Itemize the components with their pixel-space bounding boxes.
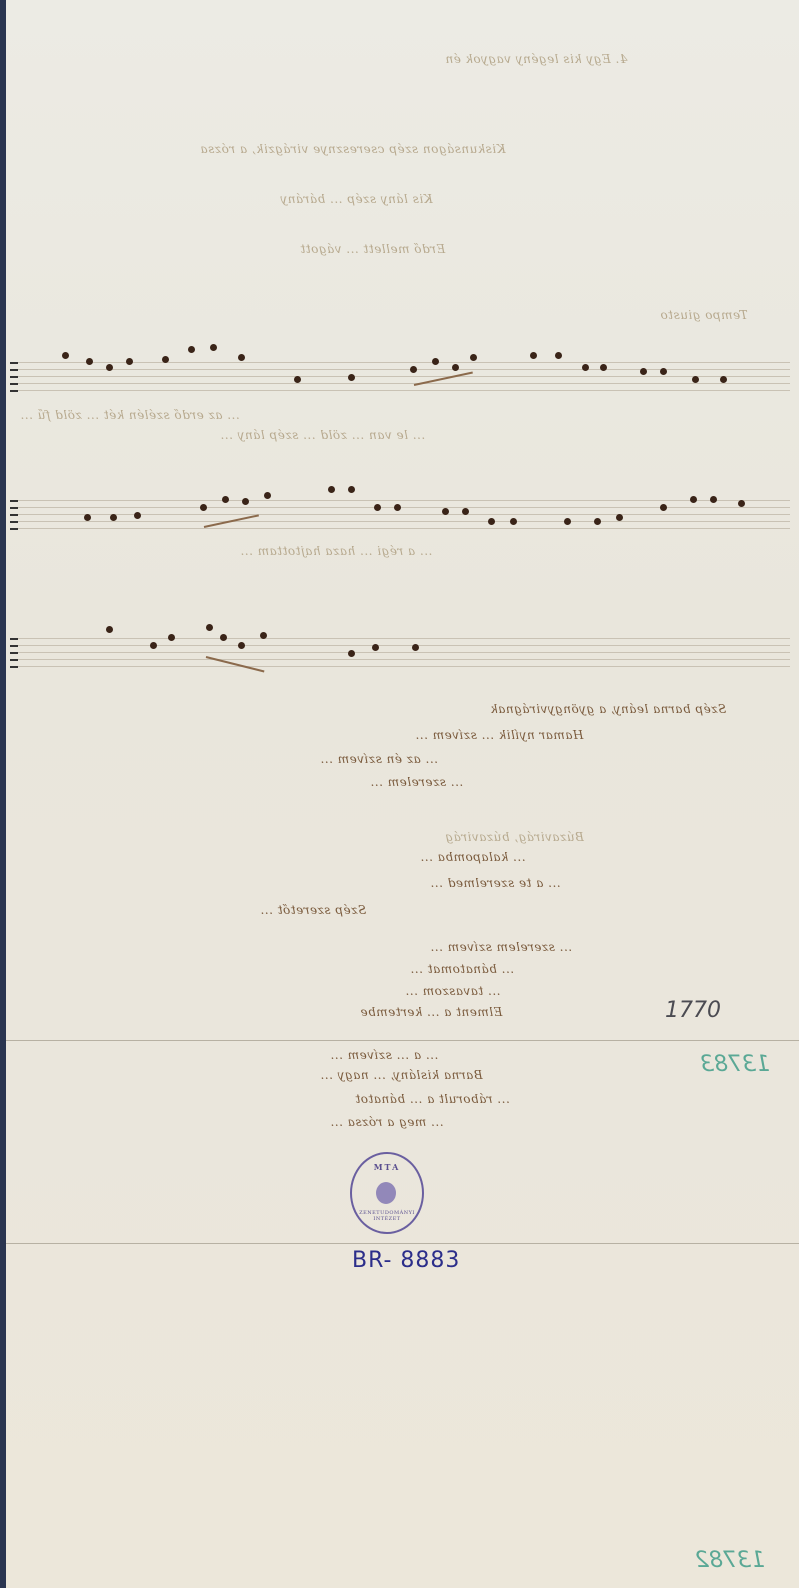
- faded-text-line: Kiskunságon szép cseresznye virágzik, a …: [200, 142, 506, 156]
- text-line: ... meg a rózsa ...: [330, 1115, 444, 1129]
- catalog-year: 1770: [665, 998, 721, 1023]
- institute-stamp: MTA ZENETUDOMÁNYI INTÉZET: [350, 1152, 424, 1234]
- text-line: ... szerelem szívem ...: [430, 940, 572, 954]
- shelfmark: BR- 8883: [352, 1248, 460, 1273]
- text-line: Szép barna leány, a gyöngyvirágnak: [490, 702, 726, 716]
- faded-text-line: ... az erdő szélén két ... zöld fű ...: [20, 408, 240, 422]
- text-line: Barna kislány, ... nagy ...: [320, 1068, 483, 1082]
- manuscript-page: [6, 0, 799, 1588]
- text-line: ... bánatomat ...: [410, 962, 514, 976]
- music-staff-2: [10, 500, 790, 534]
- fold-line: [6, 1243, 799, 1244]
- coat-of-arms-icon: [376, 1182, 396, 1204]
- faded-text-line: 4. Egy kis legény vagyok én: [445, 52, 627, 66]
- green-inventory-number-bottom: 13782: [695, 1548, 765, 1573]
- music-staff-3: [10, 638, 790, 672]
- faded-text-line: ... le van ... zöld ... szép lány ...: [220, 428, 425, 442]
- text-line: Hamar nyílik ... szívem ...: [415, 728, 583, 742]
- faded-text-line: Kis lány szép ... bárány: [280, 192, 433, 206]
- stamp-bottom-text: ZENETUDOMÁNYI INTÉZET: [352, 1210, 422, 1222]
- text-line: ... tavaszom ...: [405, 984, 501, 998]
- text-line: ... a te szerelmed ...: [430, 876, 561, 890]
- green-inventory-number: 13783: [700, 1052, 770, 1077]
- text-line: Elment a ... kertembe: [360, 1005, 502, 1019]
- fold-line: [6, 1040, 799, 1041]
- stamp-top-text: MTA: [352, 1162, 422, 1172]
- faded-text-line: Erdő mellett ... vágott: [300, 242, 445, 256]
- faded-text-line: Tempo giusto: [660, 308, 748, 322]
- text-line: ... ráborult a ... bánatot: [355, 1092, 510, 1106]
- text-line: ... kalapomba ...: [420, 850, 526, 864]
- text-line: ... a ... szívem ...: [330, 1048, 438, 1062]
- text-line: ... az én szívem ...: [320, 752, 438, 766]
- faded-text-line: ... a régi ... haza hajtottam ...: [240, 544, 432, 558]
- text-line: ... szerelem ...: [370, 775, 463, 789]
- music-staff-1: [10, 362, 790, 396]
- text-line: Szép szeretőt ...: [260, 903, 366, 917]
- text-line: Búzavirág, búzavirág: [445, 830, 584, 844]
